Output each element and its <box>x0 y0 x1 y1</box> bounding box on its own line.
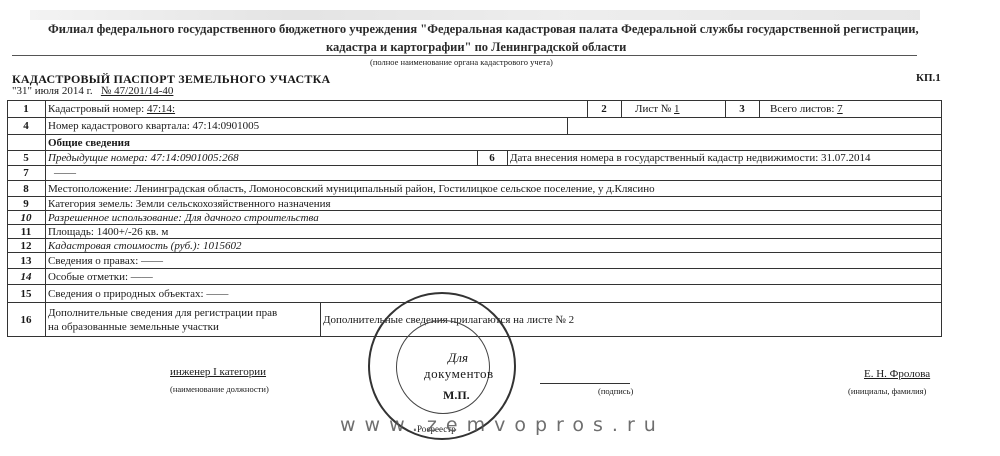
area: Площадь: 1400+/-26 кв. м <box>45 225 168 238</box>
special-notes: Особые отметки: —— <box>45 269 153 284</box>
row-9: 9 Категория земель: Земли сельскохозяйст… <box>7 196 942 210</box>
row-number: 5 <box>7 151 45 165</box>
cadastral-number: Кадастровый номер: 47:14: <box>45 101 175 117</box>
label: Лист № <box>635 103 671 115</box>
label-line2: на образованные земельные участки <box>48 320 219 334</box>
row-5: 5 Предыдущие номера: 47:14:0901005:268 6… <box>7 150 942 165</box>
stamp-text-2: документов <box>424 366 494 382</box>
total-sheets: Всего листов: 7 <box>767 101 843 117</box>
row-7: 7 —— <box>7 165 942 180</box>
row-number: 6 <box>477 151 507 165</box>
row-number: 11 <box>7 225 45 238</box>
watermark: www.zemvopros.ru <box>340 414 665 436</box>
label-line1: Дополнительные сведения для регистрации … <box>48 306 277 320</box>
sheet-value: 1 <box>674 103 680 115</box>
org-caption: (полное наименование органа кадастрового… <box>370 57 553 67</box>
row-8: 8 Местоположение: Ленинградская область,… <box>7 180 942 196</box>
permitted-use: Разрешенное использование: Для дачного с… <box>45 211 319 224</box>
row-14: 14 Особые отметки: —— <box>7 268 942 284</box>
label: Всего листов: <box>770 103 834 115</box>
previous-numbers: Предыдущие номера: 47:14:0901005:268 <box>45 151 239 165</box>
natural-objects: Сведения о природных объектах: —— <box>45 285 228 302</box>
org-underline <box>12 55 917 56</box>
signature-line <box>540 383 630 384</box>
row-11: 11 Площадь: 1400+/-26 кв. м <box>7 224 942 238</box>
stamp-text-3: М.П. <box>443 388 470 403</box>
row-10: 10 Разрешенное использование: Для дачног… <box>7 210 942 224</box>
registration-date: Дата внесения номера в государственный к… <box>507 151 871 165</box>
row-number: 15 <box>7 285 45 302</box>
stamp-text-1: Для <box>448 350 468 366</box>
row-number: 9 <box>7 197 45 210</box>
row-number: 14 <box>7 269 45 284</box>
row-number: 1 <box>7 101 45 117</box>
date-value: "31" июля 2014 г. <box>12 85 93 97</box>
row-number: 4 <box>7 118 45 134</box>
signer-name: Е. Н. Фролова <box>864 368 930 380</box>
rights-info: Сведения о правах: —— <box>45 253 163 268</box>
row-number: 12 <box>7 239 45 252</box>
quarter-number: Номер кадастрового квартала: 47:14:09010… <box>45 118 259 134</box>
org-name-line1: Филиал федерального государственного бюд… <box>48 22 919 37</box>
row-number: 7 <box>7 166 45 180</box>
section-general: Общие сведения <box>7 134 942 150</box>
label: Кадастровый номер: <box>48 103 144 115</box>
total-value: 7 <box>837 103 843 115</box>
row-number: 8 <box>7 181 45 196</box>
signer-position: инженер I категории <box>170 366 266 378</box>
position-caption: (наименование должности) <box>170 384 269 394</box>
land-category: Категория земель: Земли сельскохозяйстве… <box>45 197 331 210</box>
document-date: "31" июля 2014 г. № 47/201/14-40 <box>12 85 173 97</box>
row-number: 13 <box>7 253 45 268</box>
row-13: 13 Сведения о правах: —— <box>7 252 942 268</box>
form-code: КП.1 <box>916 72 941 84</box>
additional-info-label: Дополнительные сведения для регистрации … <box>45 303 277 336</box>
row-1: 1 Кадастровый номер: 47:14: 2 Лист № 1 3… <box>7 100 942 117</box>
row-number: 2 <box>587 101 621 117</box>
row-4: 4 Номер кадастрового квартала: 47:14:090… <box>7 117 942 134</box>
cadastral-number-value: 47:14: <box>147 103 175 115</box>
cadastral-value: Кадастровая стоимость (руб.): 1015602 <box>45 239 241 252</box>
sheet-number: Лист № 1 <box>632 101 680 117</box>
empty-value: —— <box>51 166 76 180</box>
section-title: Общие сведения <box>45 135 130 150</box>
location: Местоположение: Ленинградская область, Л… <box>45 181 655 196</box>
row-number: 10 <box>7 211 45 224</box>
row-number: 16 <box>7 303 45 336</box>
document-number: № 47/201/14-40 <box>101 85 174 97</box>
signature-caption: (подпись) <box>598 386 633 396</box>
org-name-line2: кадастра и картографии" по Ленинградской… <box>326 40 626 55</box>
row-number: 3 <box>725 101 759 117</box>
name-caption: (инициалы, фамилия) <box>848 386 926 396</box>
scan-header-noise <box>30 10 920 20</box>
row-12: 12 Кадастровая стоимость (руб.): 1015602 <box>7 238 942 252</box>
